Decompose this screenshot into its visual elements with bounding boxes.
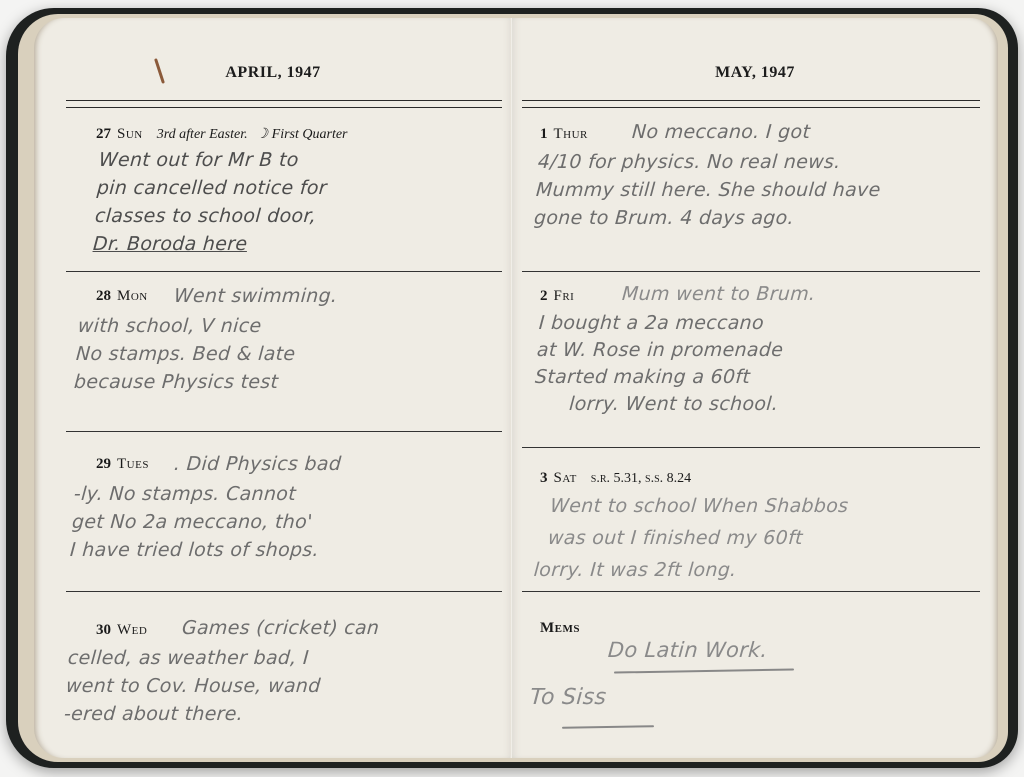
handwritten-note: celled, as weather bad, I went to Cov. H… <box>63 644 324 728</box>
day-name: Sun <box>117 126 143 142</box>
mems-heading: Mems <box>540 620 580 637</box>
day-number: 28 <box>96 288 111 304</box>
handwritten-note: Mum went to Brum. <box>621 280 816 308</box>
entry-heading: 28Mon <box>96 288 148 305</box>
handwritten-note: Went to school When Shabbos was out I fi… <box>545 490 850 586</box>
handwritten-memo: To Siss <box>529 684 607 712</box>
handwritten-note: I bought a 2a meccano at W. Rose in prom… <box>532 310 786 418</box>
entry-heading: 3Sats.r. 5.31, s.s. 8.24 <box>540 470 691 487</box>
entry-heading: 2Fri <box>540 288 574 305</box>
month-title-may: MAY, 1947 <box>512 64 998 82</box>
header-double-rule <box>66 100 502 108</box>
handwritten-note: 4/10 for physics. No real news. Mummy st… <box>533 148 883 232</box>
mems-label: Mems <box>540 620 580 636</box>
day-name: Thur <box>554 126 588 142</box>
left-page-april: APRIL, 1947 27Sun3rd after Easter.☽ Firs… <box>34 18 512 758</box>
entry-may-3: 3Sats.r. 5.31, s.s. 8.24 Went to school … <box>522 448 980 592</box>
day-number: 1 <box>540 126 548 142</box>
handwritten-note: -ly. No stamps. Cannot get No 2a meccano… <box>69 480 324 564</box>
month-title-april: APRIL, 1947 <box>34 64 512 82</box>
day-number: 30 <box>96 622 111 638</box>
moon-phase: ☽ First Quarter <box>256 127 348 142</box>
day-number: 29 <box>96 456 111 472</box>
day-name: Wed <box>117 622 147 638</box>
entry-heading: 29Tues <box>96 456 149 473</box>
entry-may-2: 2Fri Mum went to Brum. I bought a 2a mec… <box>522 272 980 448</box>
entry-may-1: 1Thur No meccano. I got 4/10 for physics… <box>522 114 980 272</box>
entry-heading: 30Wed <box>96 622 147 639</box>
day-name: Mon <box>117 288 148 304</box>
handwritten-note: . Did Physics bad <box>173 450 342 478</box>
day-number: 27 <box>96 126 111 142</box>
day-name: Fri <box>554 288 575 304</box>
memo-underline <box>562 725 654 729</box>
handwritten-memo: Do Latin Work. <box>607 636 769 664</box>
header-double-rule <box>522 100 980 108</box>
handwritten-note: Went out for Mr B to pin cancelled notic… <box>92 146 330 258</box>
day-number: 2 <box>540 288 548 304</box>
right-page-may: MAY, 1947 1Thur No meccano. I got 4/10 f… <box>512 18 998 758</box>
entry-april-27: 27Sun3rd after Easter.☽ First Quarter We… <box>66 114 502 272</box>
day-name: Sat <box>554 470 577 486</box>
handwritten-note: No meccano. I got <box>631 118 811 146</box>
day-name: Tues <box>117 456 149 472</box>
entry-april-29: 29Tues . Did Physics bad -ly. No stamps.… <box>66 432 502 592</box>
memo-underline <box>614 668 794 673</box>
day-number: 3 <box>540 470 548 486</box>
entry-april-30: 30Wed Games (cricket) can celled, as wea… <box>66 592 502 742</box>
liturgical-note: 3rd after Easter. <box>157 127 248 142</box>
handwritten-note: Games (cricket) can <box>181 614 380 642</box>
entry-heading: 1Thur <box>540 126 588 143</box>
sunrise-sunset-times: s.r. 5.31, s.s. 8.24 <box>591 471 691 486</box>
handwritten-note: with school, V nice No stamps. Bed & lat… <box>73 312 298 396</box>
entry-heading: 27Sun3rd after Easter.☽ First Quarter <box>96 126 348 143</box>
entry-april-28: 28Mon Went swimming. with school, V nice… <box>66 272 502 432</box>
mems-section: Mems Do Latin Work. To Siss <box>522 592 980 742</box>
handwritten-note: Went swimming. <box>173 282 338 310</box>
